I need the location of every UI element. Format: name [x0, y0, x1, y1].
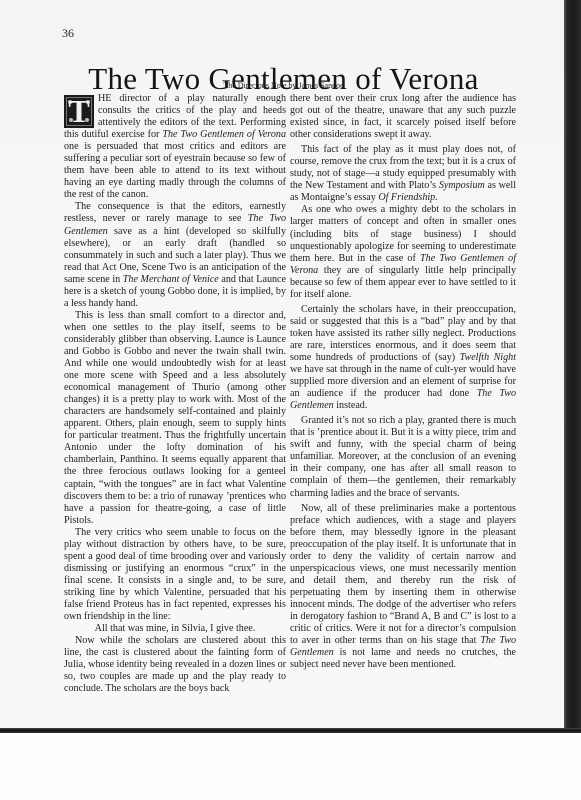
paragraph-6: there bent over their crux long after th… — [290, 93, 516, 141]
play-title: The Two Gentlemen of Verona — [162, 129, 286, 140]
paragraph-2: The consequence is that the editors, ear… — [64, 201, 286, 309]
work-title: Of Friendship. — [378, 192, 437, 203]
paragraph-8: As one who owes a mighty debt to the sch… — [290, 204, 516, 300]
page-number: 36 — [62, 26, 74, 41]
paragraph-7: This fact of the play as it must play do… — [290, 144, 516, 204]
paragraph-4: The very critics who seem unable to focu… — [64, 527, 286, 623]
paragraph-3: This is less than small comfort to a dir… — [64, 310, 286, 527]
play-title: Twelfth Night — [460, 352, 516, 363]
paragraph-10: Granted it’s not so rich a play, granted… — [290, 415, 516, 499]
quoted-line: All that was mine, in Silvia, I give the… — [64, 623, 286, 635]
dropcap-letter: T — [68, 95, 89, 128]
text: instead. — [334, 400, 368, 411]
text: Now, all of these preliminaries make a p… — [290, 503, 516, 647]
text: they are of singularly little help princ… — [290, 265, 516, 300]
scanned-page: 36 The Two Gentlemen of Verona The Direc… — [0, 0, 567, 731]
paragraph-5: Now while the scholars are clustered abo… — [64, 635, 286, 695]
play-title: The Merchant of Venice — [123, 274, 219, 285]
ornamental-dropcap-icon: T — [64, 95, 94, 128]
scanner-bed — [0, 733, 581, 800]
article-title: The Two Gentlemen of Verona — [0, 61, 567, 97]
byline: The Director's Note by James Sandoe — [0, 81, 567, 90]
paragraph-1: T HE director of a play naturally enough… — [64, 93, 286, 201]
right-column: there bent over their crux long after th… — [290, 93, 516, 671]
left-column: T HE director of a play naturally enough… — [64, 93, 286, 695]
scan-edge-shadow — [564, 0, 581, 735]
paragraph-9: Certainly the scholars have, in their pr… — [290, 304, 516, 412]
text: one is persuaded that most critics and e… — [64, 141, 286, 200]
work-title: Symposium — [439, 180, 485, 191]
paragraph-11: Now, all of these preliminaries make a p… — [290, 503, 516, 672]
